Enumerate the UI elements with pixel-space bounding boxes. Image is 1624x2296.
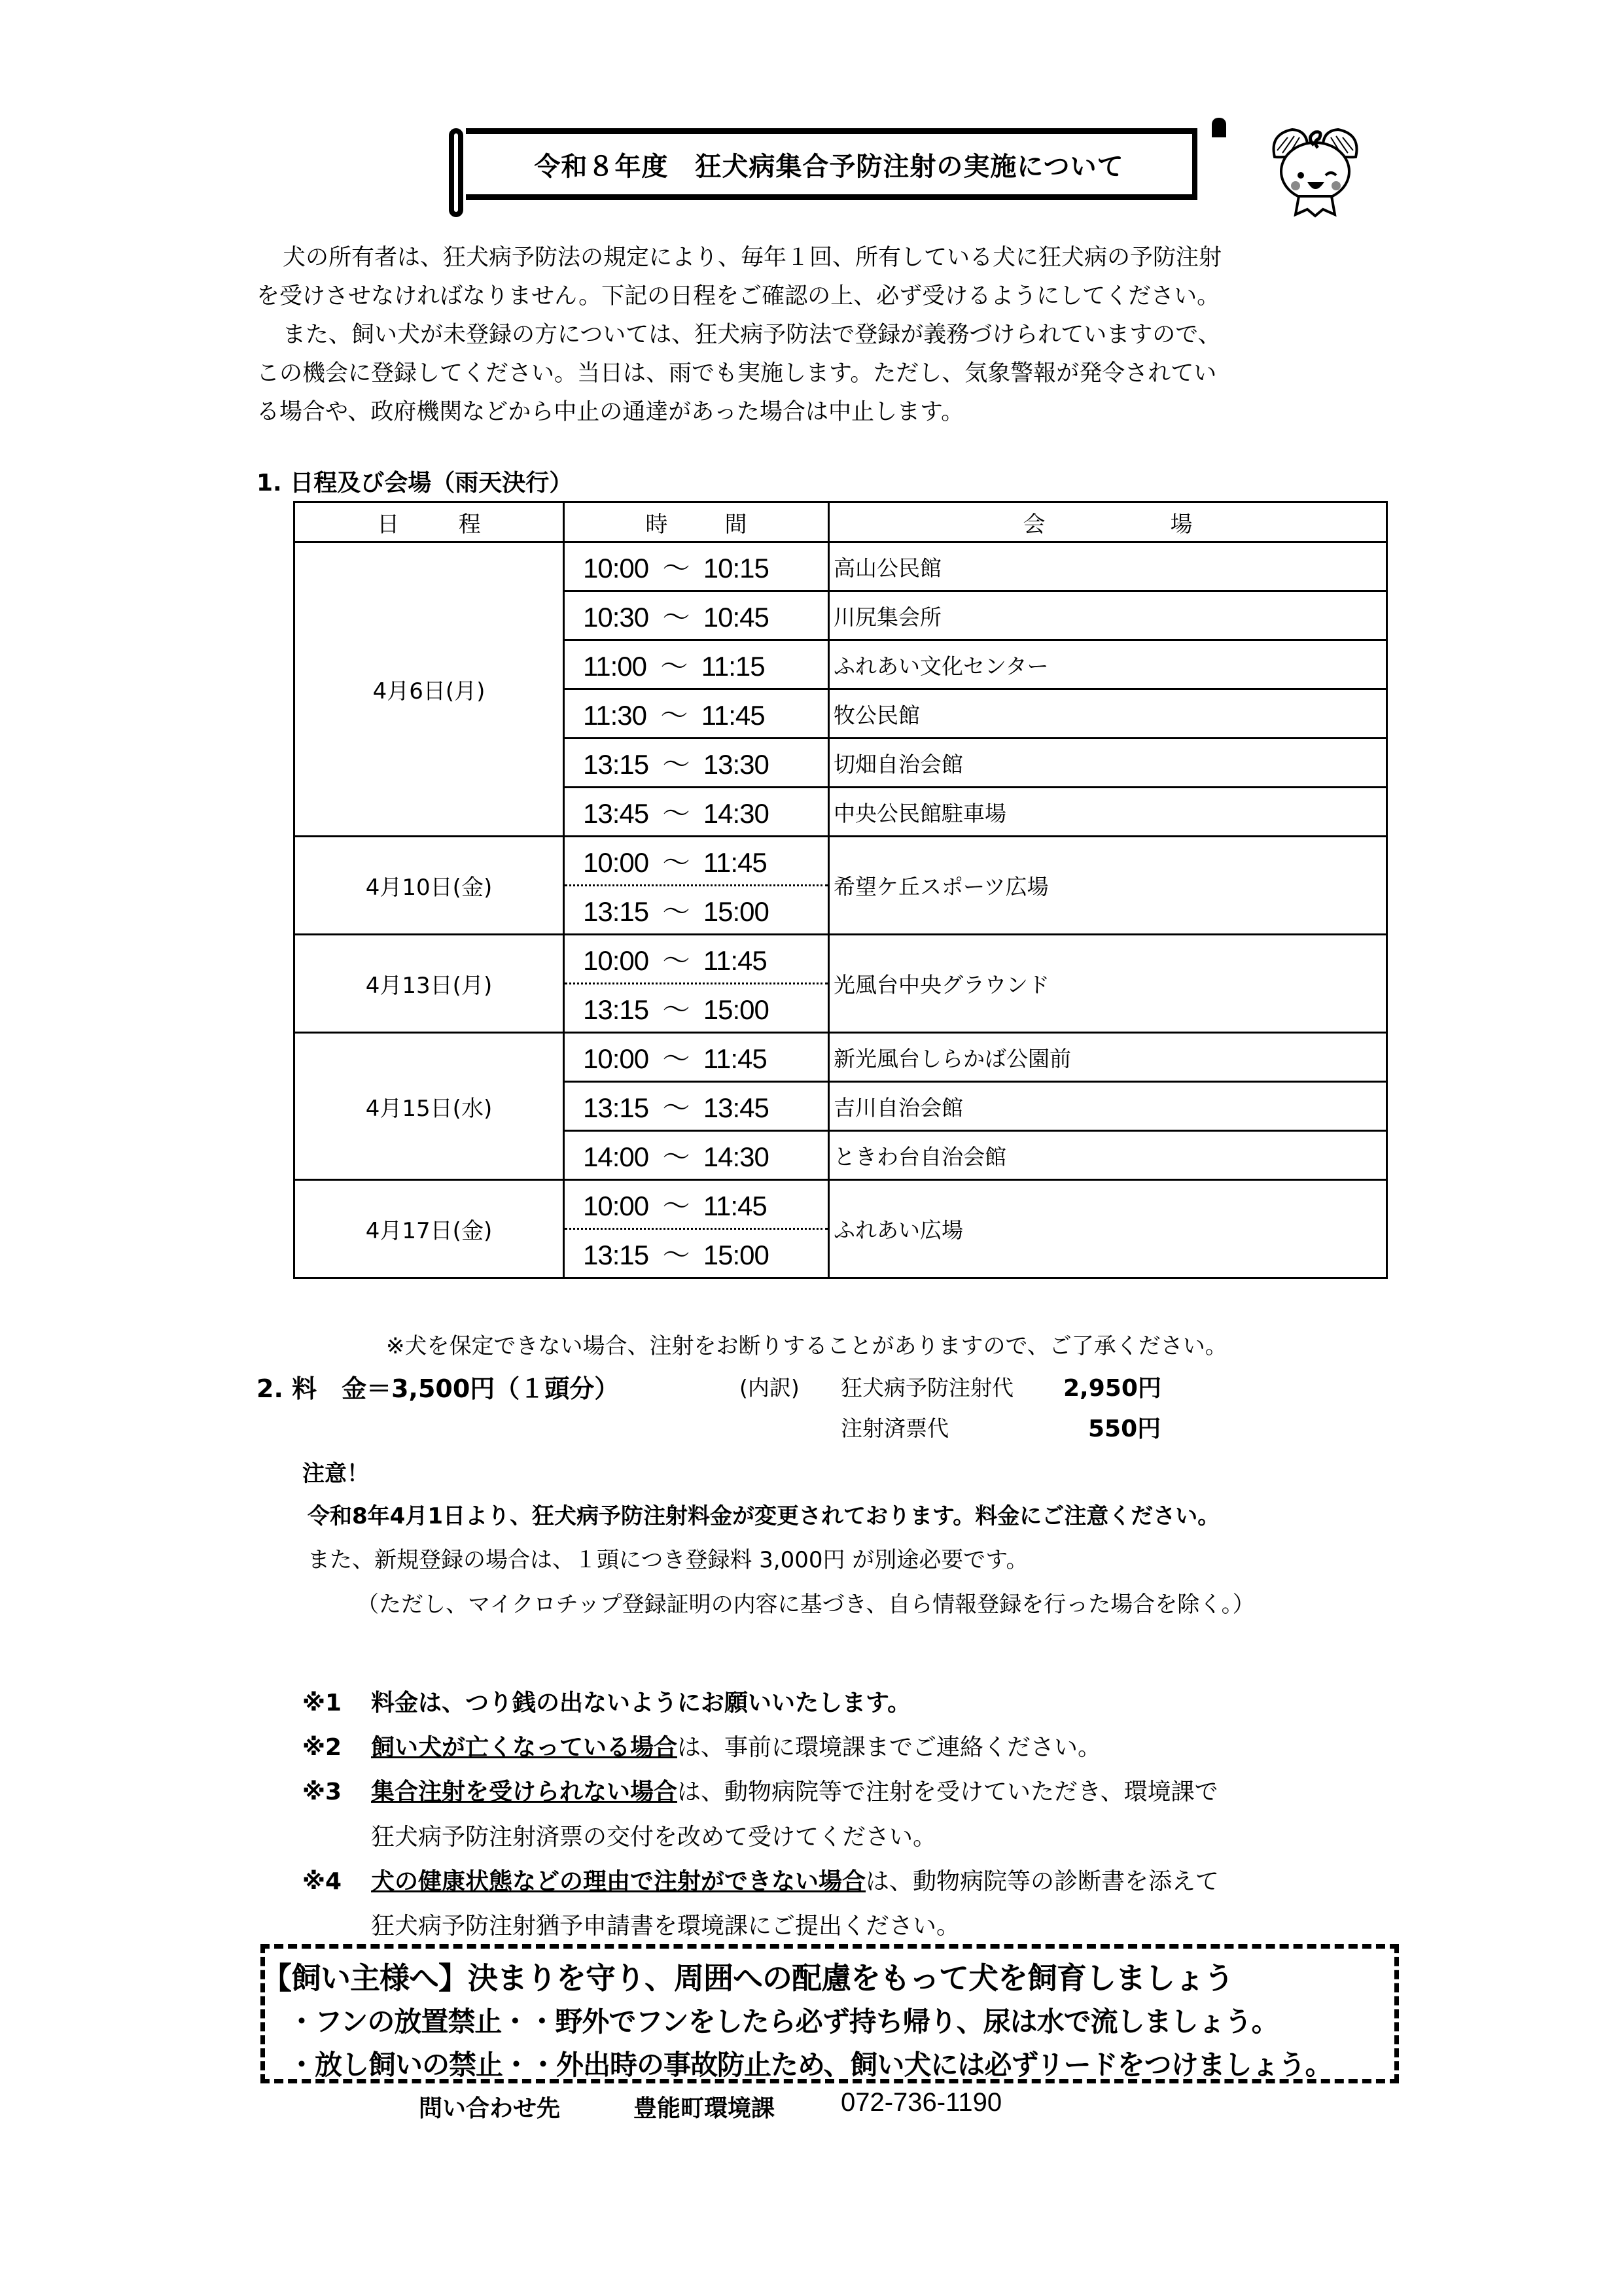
venue-cell: ふれあい広場 xyxy=(829,1180,1387,1278)
fee-heading: 2. 料 金＝3,500円（１頭分） xyxy=(256,1368,619,1404)
venue-cell: 光風台中央グラウンド xyxy=(829,935,1387,1033)
rule-4: ※4犬の健康状態などの理由で注射ができない場合は、動物病院等の診断書を添えて xyxy=(302,1863,1219,1896)
schedule-table: 日程 時間 会場 4月6日(月) 10:00 ～ 10:15 高山公民館 10:… xyxy=(293,501,1388,1279)
table-row: 4月15日(水) 10:00 ～ 11:45 新光風台しらかば公園前 xyxy=(294,1033,1387,1082)
page-title: 令和８年度 狂犬病集合予防注射の実施について xyxy=(534,146,1123,183)
time-cell: 13:15 ～ 15:00 xyxy=(564,984,829,1033)
time-cell: 14:00 ～ 14:30 xyxy=(564,1131,829,1180)
rule-3: ※3集合注射を受けられない場合は、動物病院等で注射を受けていただき、環境課で xyxy=(302,1773,1218,1807)
banner-scroll-left xyxy=(449,128,463,217)
title-banner: 令和８年度 狂犬病集合予防注射の実施について xyxy=(466,128,1197,200)
venue-cell: 新光風台しらかば公園前 xyxy=(829,1033,1387,1082)
breakdown-amount-tag: 550円 xyxy=(1088,1410,1161,1444)
rule-3-continued: 狂犬病予防注射済票の交付を改めて受けてください。 xyxy=(371,1818,936,1852)
caution-title: 注意！ xyxy=(302,1455,369,1487)
time-cell: 13:15 ～ 15:00 xyxy=(564,1229,829,1278)
rule-2: ※2飼い犬が亡くなっている場合は、事前に環境課までご連絡ください。 xyxy=(302,1729,1101,1762)
time-cell: 13:15 ～ 13:45 xyxy=(564,1082,829,1131)
contact-department: 豊能町環境課 xyxy=(633,2090,775,2123)
breakdown-item-tag: 注射済票代 xyxy=(841,1412,949,1442)
town-mascot-icon xyxy=(1263,118,1368,222)
time-cell: 10:00 ～ 10:15 xyxy=(564,542,829,591)
restraint-note: ※犬を保定できない場合、注射をお断りすることがありますので、ご了承ください。 xyxy=(386,1328,1227,1360)
owner-notice-item-leash: ・放し飼いの禁止・・外出時の事故防止ため、飼い犬には必ずリードをつけましょう。 xyxy=(288,2044,1332,2083)
table-header-row: 日程 時間 会場 xyxy=(294,502,1387,542)
owner-notice-item-waste: ・フンの放置禁止・・野外でフンをしたら必ず持ち帰り、尿は水で流しましょう。 xyxy=(288,2000,1279,2040)
venue-cell: 切畑自治会館 xyxy=(829,739,1387,788)
date-cell: 4月10日(金) xyxy=(294,837,564,935)
venue-cell: ときわ台自治会館 xyxy=(829,1131,1387,1180)
contact-phone: 072-736-1190 xyxy=(841,2088,1002,2117)
venue-cell: ふれあい文化センター xyxy=(829,640,1387,689)
time-cell: 10:30 ～ 10:45 xyxy=(564,591,829,640)
banner-scroll-right xyxy=(1212,118,1226,137)
time-cell: 13:15 ～ 13:30 xyxy=(564,739,829,788)
venue-cell: 高山公民館 xyxy=(829,542,1387,591)
date-cell: 4月15日(水) xyxy=(294,1033,564,1180)
venue-cell: 吉川自治会館 xyxy=(829,1082,1387,1131)
time-cell: 10:00 ～ 11:45 xyxy=(564,935,829,984)
date-cell: 4月17日(金) xyxy=(294,1180,564,1278)
header-venue: 会場 xyxy=(829,502,1387,542)
table-row: 4月13日(月) 10:00 ～ 11:45 光風台中央グラウンド xyxy=(294,935,1387,984)
time-cell: 10:00 ～ 11:45 xyxy=(564,1033,829,1082)
header-time: 時間 xyxy=(564,502,829,542)
table-row: 4月17日(金) 10:00 ～ 11:45 ふれあい広場 xyxy=(294,1180,1387,1229)
rule-1: ※1料金は、つり銭の出ないようにお願いいたします。 xyxy=(302,1684,911,1718)
table-row: 4月10日(金) 10:00 ～ 11:45 希望ケ丘スポーツ広場 xyxy=(294,837,1387,886)
time-cell: 10:00 ～ 11:45 xyxy=(564,837,829,886)
venue-cell: 希望ケ丘スポーツ広場 xyxy=(829,837,1387,935)
section-1-heading: 1. 日程及び会場（雨天決行） xyxy=(256,464,573,498)
contact-label: 問い合わせ先 xyxy=(419,2090,560,2123)
owner-notice-title: 【飼い主様へ】決まりを守り、周囲への配慮をもって犬を飼育しましょう xyxy=(262,1955,1233,1998)
caution-fee-change: 令和8年4月1日より、狂犬病予防注射料金が変更されております。料金にご注意くださ… xyxy=(308,1498,1220,1530)
rule-4-continued: 狂犬病予防注射猶予申請書を環境課にご提出ください。 xyxy=(371,1907,960,1941)
breakdown-label: (内訳) xyxy=(739,1371,800,1402)
table-row: 4月6日(月) 10:00 ～ 10:15 高山公民館 xyxy=(294,542,1387,591)
intro-paragraph-2: また、飼い犬が未登録の方については、狂犬病予防法で登録が義務づけられていますので… xyxy=(256,316,1382,432)
time-cell: 11:00 ～ 11:15 xyxy=(564,640,829,689)
caution-registration-fee: また、新規登録の場合は、１頭につき登録料 3,000円 が別途必要です。 xyxy=(308,1542,1029,1574)
header-date: 日程 xyxy=(294,502,564,542)
date-cell: 4月13日(月) xyxy=(294,935,564,1033)
time-cell: 11:30 ～ 11:45 xyxy=(564,689,829,739)
venue-cell: 川尻集会所 xyxy=(829,591,1387,640)
breakdown-amount-injection: 2,950円 xyxy=(1063,1370,1161,1403)
venue-cell: 中央公民館駐車場 xyxy=(829,788,1387,837)
time-cell: 13:15 ～ 15:00 xyxy=(564,886,829,935)
intro-paragraph-1: 犬の所有者は、狂犬病予防法の規定により、毎年１回、所有している犬に狂犬病の予防注… xyxy=(256,239,1382,316)
date-cell: 4月6日(月) xyxy=(294,542,564,837)
time-cell: 13:45 ～ 14:30 xyxy=(564,788,829,837)
caution-microchip-exception: （ただし、マイクロチップ登録証明の内容に基づき、自ら情報登録を行った場合を除く。… xyxy=(357,1586,1255,1618)
time-cell: 10:00 ～ 11:45 xyxy=(564,1180,829,1229)
venue-cell: 牧公民館 xyxy=(829,689,1387,739)
breakdown-item-injection: 狂犬病予防注射代 xyxy=(841,1371,1014,1402)
